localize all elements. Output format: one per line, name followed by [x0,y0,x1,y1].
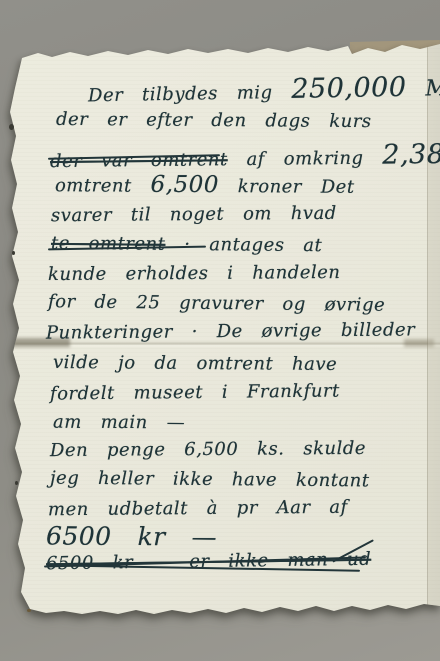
handwriting-line: svarer til noget om hvad [51,205,337,225]
handwriting-line: der er efter den dags kurs [56,111,372,131]
handwriting-segment: Mks [425,76,440,102]
handwriting-line: Den penge 6,500 ks. skulde [50,440,366,460]
handwriting-segment: vilde jo da omtrent have [53,352,337,375]
handwriting-segment: Der tilbydes mig [88,82,273,106]
handwriting-segment: jeg heller ikke have kontant [50,468,370,492]
handwriting-line: 6500 kr — [46,523,217,549]
handwriting-segment: der er efter den dags kurs [56,109,372,132]
handwriting-segment: am main — [53,412,185,434]
handwriting-struck-segment: te omtrent [51,233,166,255]
paper-sheet: Der tilbydes mig 250,000 Mks der er efte… [0,0,440,661]
photograph-background: Der tilbydes mig 250,000 Mks der er efte… [0,0,440,661]
handwriting-line: jeg heller ikke have kontant [50,470,370,491]
paper-edge-fleck [12,251,15,255]
handwriting-segment: kunde erholdes i handelen [48,262,341,285]
paper-edge-fleck [15,481,18,485]
handwriting-amount: 2,38 [382,139,440,171]
handwriting-amount: 250,000 [291,72,407,105]
handwriting-segment: kroner Det [238,176,355,198]
handwriting-line: Punkteringer · De øvrige billeder [46,321,415,342]
handwriting-segment: fordelt museet i Frankfurt [50,380,340,404]
paper-edge-fleck [9,124,14,130]
handwriting-amount: 6500 kr — [46,521,217,551]
handwriting-amount: 6,500 [150,172,218,198]
handwriting-line: omtrent 6,500 kroner Det [55,173,355,198]
paper-surface: Der tilbydes mig 250,000 Mks der er efte… [0,0,440,661]
paper-edge-fleck [27,609,31,612]
handwriting-segment: svarer til noget om hvad [51,203,337,226]
handwriting-struck-segment: der var omtrent [50,149,228,172]
handwriting-segment: af omkring [246,148,363,170]
handwriting-line: kunde erholdes i handelen [48,264,341,284]
handwriting-segment: Den penge 6,500 ks. skulde [50,438,366,461]
handwriting-line: am main — [53,414,185,433]
handwriting-segment: omtrent [55,175,132,196]
handwriting-line: Der tilbydes mig 250,000 Mks [88,73,440,107]
handwriting-segment: for de 25 gravurer og øvrige [48,291,385,316]
handwriting-line: fordelt museet i Frankfurt [50,382,340,403]
handwriting-segment: men udbetalt à pr Aar af [48,497,348,521]
handwriting-segment: Punkteringer · De øvrige billeder [46,319,415,343]
handwriting-line: for de 25 gravurer og øvrige [48,293,385,315]
right-edge-crease [427,44,440,610]
handwriting-line: men udbetalt à pr Aar af [48,499,348,520]
handwriting-line: vilde jo da omtrent have [53,354,337,374]
